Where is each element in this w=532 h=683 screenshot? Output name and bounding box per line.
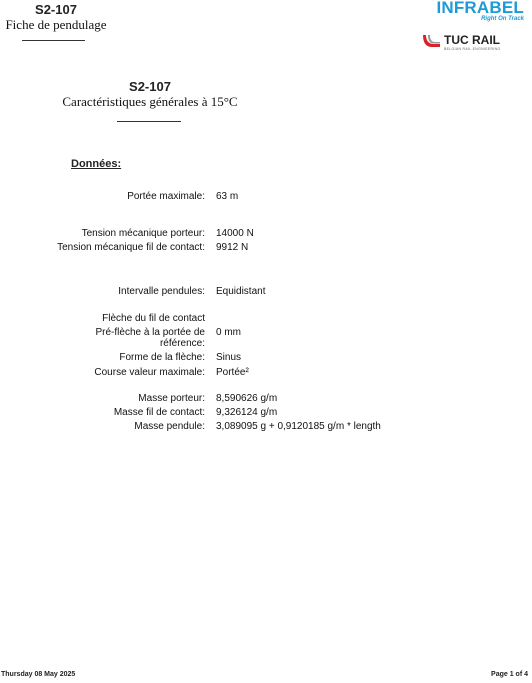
- footer-page-number: Page 1 of 4: [491, 671, 528, 678]
- row-value: Portée²: [216, 367, 249, 378]
- infrabel-logo-tagline: Right On Track: [436, 16, 524, 23]
- row-value: 14000 N: [216, 228, 254, 239]
- tucrail-swoosh-icon: [422, 33, 442, 49]
- row-label: Course valeur maximale:: [94, 367, 205, 378]
- document-type: Fiche de pendulage: [0, 17, 112, 32]
- section-heading: Données:: [71, 158, 121, 170]
- row-label: Masse fil de contact:: [114, 407, 205, 418]
- title-divider: [117, 121, 181, 122]
- title-subtitle: Caractéristiques générales à 15°C: [40, 94, 260, 109]
- row-value: 0 mm: [216, 327, 241, 338]
- tucrail-logo-name: TUC RAIL: [444, 34, 500, 47]
- row-value: 3,089095 g + 0,9120185 g/m * length: [216, 421, 381, 432]
- row-label: Masse pendule:: [134, 421, 205, 432]
- infrabel-logo: INFRABEL Right On Track: [436, 0, 524, 23]
- row-label: Pré-flèche à la portée de référence:: [55, 327, 205, 349]
- row-label: Forme de la flèche:: [119, 352, 205, 363]
- row-label: Tension mécanique porteur:: [82, 228, 205, 239]
- row-label: Portée maximale:: [127, 191, 205, 202]
- title-code: S2-107: [40, 79, 260, 94]
- row-label: Flèche du fil de contact: [102, 313, 205, 324]
- header-divider: [22, 40, 85, 41]
- document-code: S2-107: [0, 2, 112, 17]
- tucrail-logo-tagline: BELGIAN RAIL ENGINEERING: [444, 47, 500, 51]
- row-value: 9912 N: [216, 242, 248, 253]
- row-value: 9,326124 g/m: [216, 407, 277, 418]
- row-value: 8,590626 g/m: [216, 393, 277, 404]
- row-value: Sinus: [216, 352, 241, 363]
- infrabel-logo-name: INFRABEL: [436, 0, 524, 16]
- tucrail-logo: TUC RAIL BELGIAN RAIL ENGINEERING: [422, 33, 526, 55]
- row-label: Intervalle pendules:: [118, 286, 205, 297]
- document-header: S2-107 Fiche de pendulage: [0, 2, 112, 32]
- page-title: S2-107 Caractéristiques générales à 15°C: [40, 79, 260, 109]
- footer-date: Thursday 08 May 2025: [1, 671, 75, 678]
- row-label: Tension mécanique fil de contact:: [57, 242, 205, 253]
- row-value: Equidistant: [216, 286, 265, 297]
- row-label: Masse porteur:: [138, 393, 205, 404]
- row-value: 63 m: [216, 191, 238, 202]
